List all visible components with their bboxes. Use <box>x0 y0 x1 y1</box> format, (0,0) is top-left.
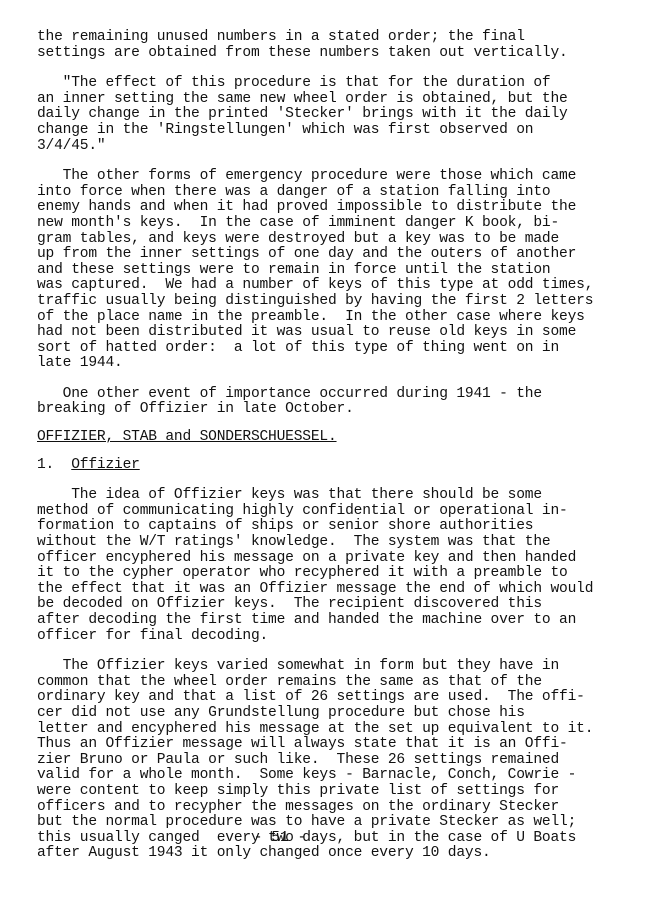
text-line: gram tables, and keys were destroyed but… <box>37 232 637 248</box>
text-line: letter and encyphered his message at the… <box>37 722 637 738</box>
text-line: The other forms of emergency procedure w… <box>37 169 637 185</box>
text-line: Thus an Offizier message will always sta… <box>37 737 637 753</box>
text-line: officer for final decoding. <box>37 629 637 645</box>
text-line: ordinary key and that a list of 26 setti… <box>37 690 637 706</box>
text-line: settings are obtained from these numbers… <box>37 46 637 62</box>
text-line: be decoded on Offizier keys. The recipie… <box>37 597 637 613</box>
text-line: but the normal procedure was to have a p… <box>37 815 637 831</box>
paragraph-quote: "The effect of this procedure is that fo… <box>37 76 637 154</box>
subsection-title: Offizier <box>71 457 139 473</box>
text-line: it to the cypher operator who recyphered… <box>37 566 637 582</box>
text-line: late 1944. <box>37 356 637 372</box>
text-line: new month's keys. In the case of imminen… <box>37 216 637 232</box>
text-line: the effect that it was an Offizier messa… <box>37 582 637 598</box>
text-line: and these settings were to remain in for… <box>37 263 637 279</box>
text-line: the remaining unused numbers in a stated… <box>37 30 637 46</box>
text-line: sort of hatted order: a lot of this type… <box>37 341 637 357</box>
text-line: had not been distributed it was usual to… <box>37 325 637 341</box>
text-line: officers and to recypher the messages on… <box>37 800 637 816</box>
text-line: were content to keep simply this private… <box>37 784 637 800</box>
text-line: into force when there was a danger of a … <box>37 185 637 201</box>
text-line: breaking of Offizier in late October. <box>37 402 637 418</box>
text-line: valid for a whole month. Some keys - Bar… <box>37 768 637 784</box>
text-line: was captured. We had a number of keys of… <box>37 278 637 294</box>
text-line: officer encyphered his message on a priv… <box>37 551 637 567</box>
text-line: zier Bruno or Paula or such like. These … <box>37 753 637 769</box>
paragraph-offizier-idea: The idea of Offizier keys was that there… <box>37 488 637 644</box>
page-number: - 51 - <box>0 830 560 846</box>
text-line: The Offizier keys varied somewhat in for… <box>37 659 637 675</box>
text-line: method of communicating highly confident… <box>37 504 637 520</box>
paragraph-offizier-breaking: One other event of importance occurred d… <box>37 387 637 418</box>
document-page: the remaining unused numbers in a stated… <box>37 30 637 862</box>
text-line: after August 1943 it only changed once e… <box>37 846 637 862</box>
text-line: "The effect of this procedure is that fo… <box>37 76 637 92</box>
paragraph-continuation: the remaining unused numbers in a stated… <box>37 30 637 61</box>
text-line: common that the wheel order remains the … <box>37 675 637 691</box>
text-line: One other event of importance occurred d… <box>37 387 637 403</box>
paragraph-emergency-procedure: The other forms of emergency procedure w… <box>37 169 637 372</box>
subsection-heading: 1. Offizier <box>37 458 637 474</box>
text-line: without the W/T ratings' knowledge. The … <box>37 535 637 551</box>
text-line: formation to captains of ships or senior… <box>37 519 637 535</box>
text-line: after decoding the first time and handed… <box>37 613 637 629</box>
text-line: an inner setting the same new wheel orde… <box>37 92 637 108</box>
text-line: 3/4/45." <box>37 139 637 155</box>
text-line: cer did not use any Grundstellung proced… <box>37 706 637 722</box>
text-line: of the place name in the preamble. In th… <box>37 310 637 326</box>
text-line: change in the 'Ringstellungen' which was… <box>37 123 637 139</box>
text-line: The idea of Offizier keys was that there… <box>37 488 637 504</box>
text-line: up from the inner settings of one day an… <box>37 247 637 263</box>
text-line: daily change in the printed 'Stecker' br… <box>37 107 637 123</box>
text-line: traffic usually being distinguished by h… <box>37 294 637 310</box>
text-line: enemy hands and when it had proved impos… <box>37 200 637 216</box>
subsection-number: 1. <box>37 457 54 473</box>
section-heading: OFFIZIER, STAB and SONDERSCHUESSEL. <box>37 430 637 446</box>
